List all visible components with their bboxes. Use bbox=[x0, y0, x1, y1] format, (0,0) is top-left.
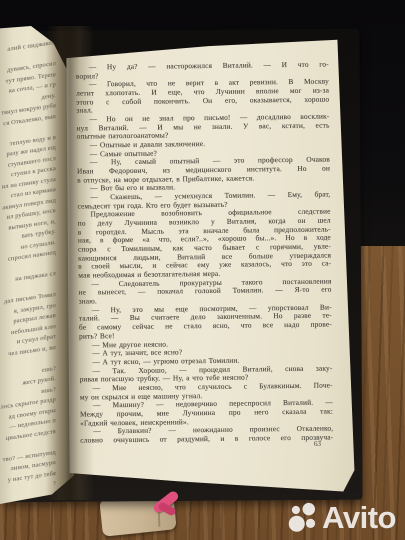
left-page: алий с пиджакомдуваясь, спросилтут прямо… bbox=[0, 26, 74, 504]
book-photo-scene: алий с пиджакомдуваясь, спросилтут прямо… bbox=[0, 0, 405, 540]
right-page: — Ну да? — насторожился Виталий. — И что… bbox=[62, 36, 355, 498]
avito-logo-icon bbox=[287, 502, 319, 534]
avito-watermark: Avito bbox=[287, 502, 396, 534]
left-page-text: алий с пиджакомдуваясь, спросилтут прямо… bbox=[0, 38, 56, 502]
avito-wordmark: Avito bbox=[322, 502, 396, 534]
book-photo: { "photo": { "brand_watermark": "Avito",… bbox=[0, 0, 405, 540]
page-number: 63 bbox=[78, 440, 331, 448]
right-page-text: — Ну да? — насторожился Виталий. — И что… bbox=[76, 60, 334, 445]
